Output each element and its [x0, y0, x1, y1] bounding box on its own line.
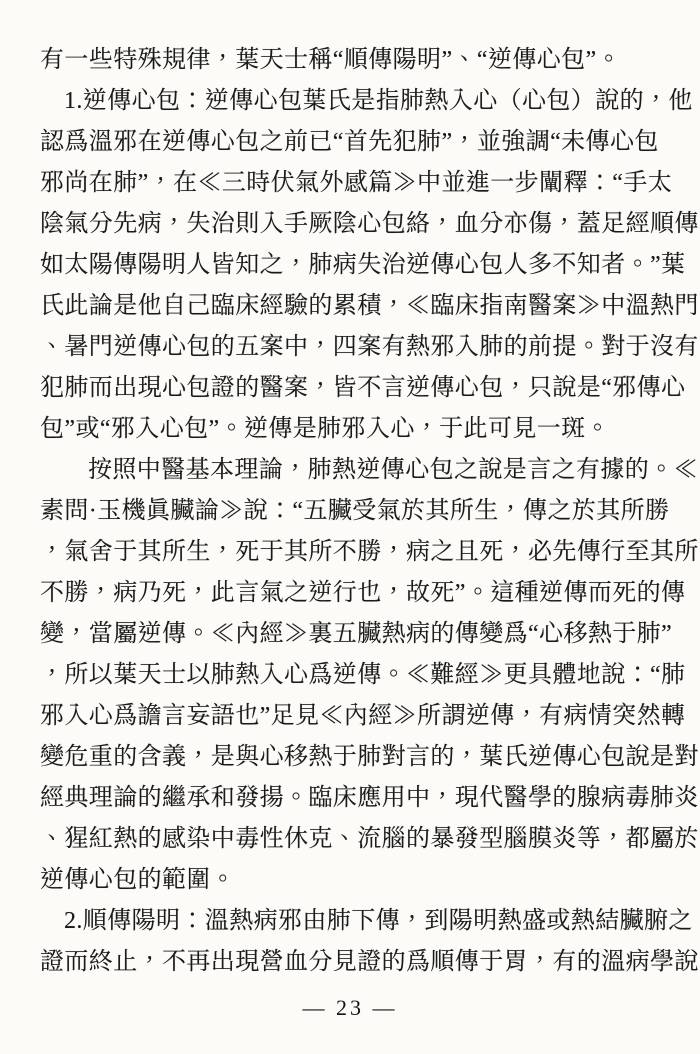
scanned-page: 有一些特殊規律，葉天士稱“順傳陽明”、“逆傳心包”。1.逆傳心包：逆傳心包葉氏是…	[0, 0, 700, 1054]
text-line: 有一些特殊規律，葉天士稱“順傳陽明”、“逆傳心包”。	[40, 40, 680, 81]
text-line: 經典理論的繼承和發揚。臨床應用中，現代醫學的腺病毒肺炎	[40, 778, 680, 819]
text-line: 包”或“邪入心包”。逆傳是肺邪入心，于此可見一斑。	[40, 409, 680, 450]
page-number: — 23 —	[303, 995, 398, 1020]
text-line: 逆傳心包的範圍。	[40, 860, 680, 901]
text-line: 證而終止，不再出現營血分見證的爲順傳于胃，有的溫病學說	[40, 942, 680, 983]
text-line: 變危重的含義，是與心移熱于肺對言的，葉氏逆傳心包說是對	[40, 737, 680, 778]
text-line: 邪入心爲譫言妄語也”足見≪內經≫所謂逆傳，有病情突然轉	[40, 696, 680, 737]
text-line: 如太陽傳陽明人皆知之，肺病失治逆傳心包人多不知者。”葉	[40, 245, 680, 286]
text-line: 陰氣分先病，失治則入手厥陰心包絡，血分亦傷，蓋足經順傳	[40, 204, 680, 245]
text-line: 氏此論是他自己臨床經驗的累積，≪臨床指南醫案≫中溫熱門	[40, 286, 680, 327]
text-line: 素問·玉機眞臟論≫說：“五臟受氣於其所生，傳之於其所勝	[40, 491, 680, 532]
text-line: 2.順傳陽明：溫熱病邪由肺下傳，到陽明熱盛或熱結臟腑之	[40, 901, 680, 942]
text-line: 按照中醫基本理論，肺熱逆傳心包之說是言之有據的。≪	[40, 450, 680, 491]
text-line: ，所以葉天士以肺熱入心爲逆傳。≪難經≫更具體地說：“肺	[40, 655, 680, 696]
text-line: 1.逆傳心包：逆傳心包葉氏是指肺熱入心（心包）說的，他	[40, 81, 680, 122]
text-line: 犯肺而出現心包證的醫案，皆不言逆傳心包，只說是“邪傳心	[40, 368, 680, 409]
page-footer: — 23 —	[0, 995, 700, 1021]
page-text-block: 有一些特殊規律，葉天士稱“順傳陽明”、“逆傳心包”。1.逆傳心包：逆傳心包葉氏是…	[40, 40, 680, 983]
text-line: 變，當屬逆傳。≪內經≫裏五臟熱病的傳變爲“心移熱于肺”	[40, 614, 680, 655]
text-line: 、暑門逆傳心包的五案中，四案有熱邪入肺的前提。對于沒有	[40, 327, 680, 368]
text-line: 邪尚在肺”，在≪三時伏氣外感篇≫中並進一步闡釋：“手太	[40, 163, 680, 204]
text-line: ，氣舍于其所生，死于其所不勝，病之且死，必先傳行至其所	[40, 532, 680, 573]
text-line: 認爲溫邪在逆傳心包之前已“首先犯肺”，並強調“未傳心包	[40, 122, 680, 163]
text-line: 不勝，病乃死，此言氣之逆行也，故死”。這種逆傳而死的傳	[40, 573, 680, 614]
text-line: 、猩紅熱的感染中毒性休克、流腦的暴發型腦膜炎等，都屬於	[40, 819, 680, 860]
